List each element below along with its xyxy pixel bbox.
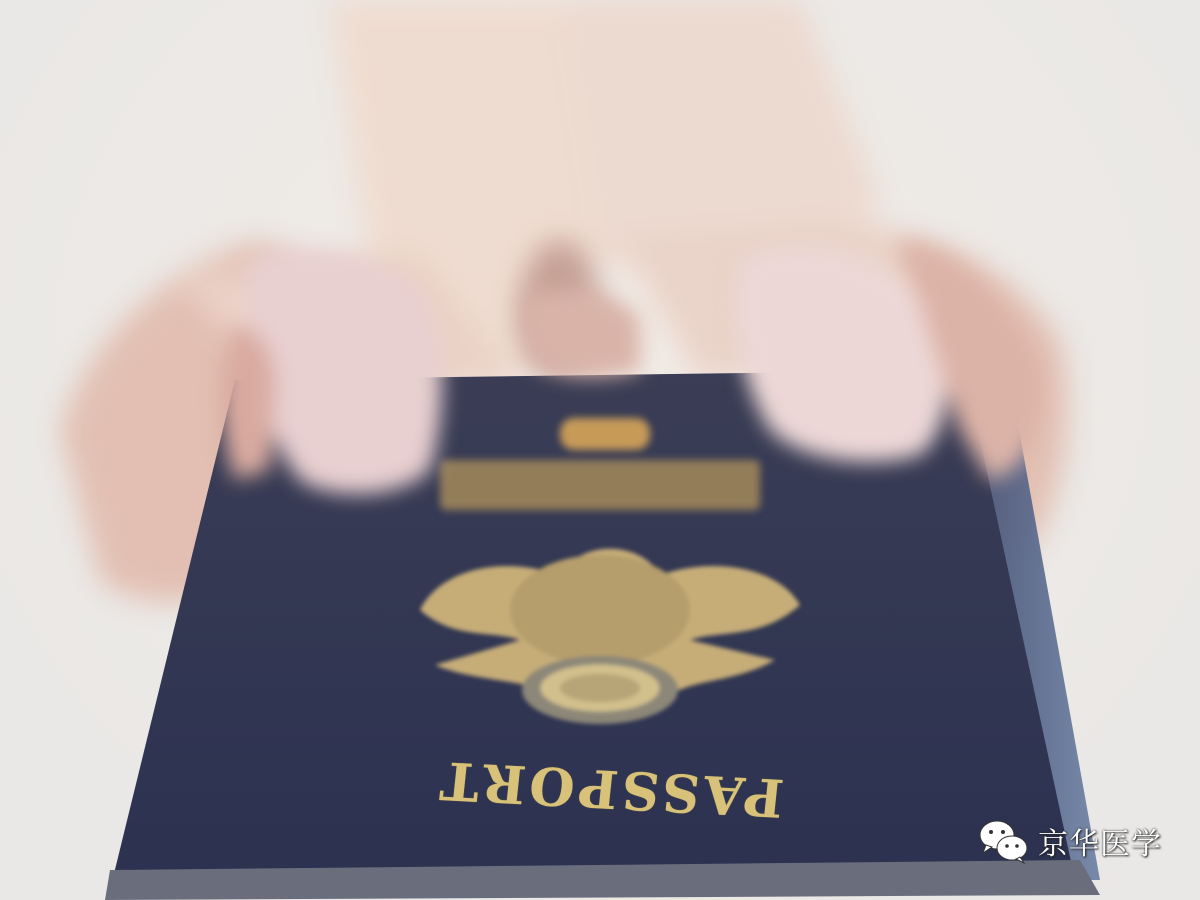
photo: PASSPORT 京华医学	[0, 0, 1200, 900]
watermark-text: 京华医学	[1038, 819, 1162, 863]
wechat-icon	[978, 818, 1030, 864]
watermark: 京华医学	[978, 818, 1162, 864]
